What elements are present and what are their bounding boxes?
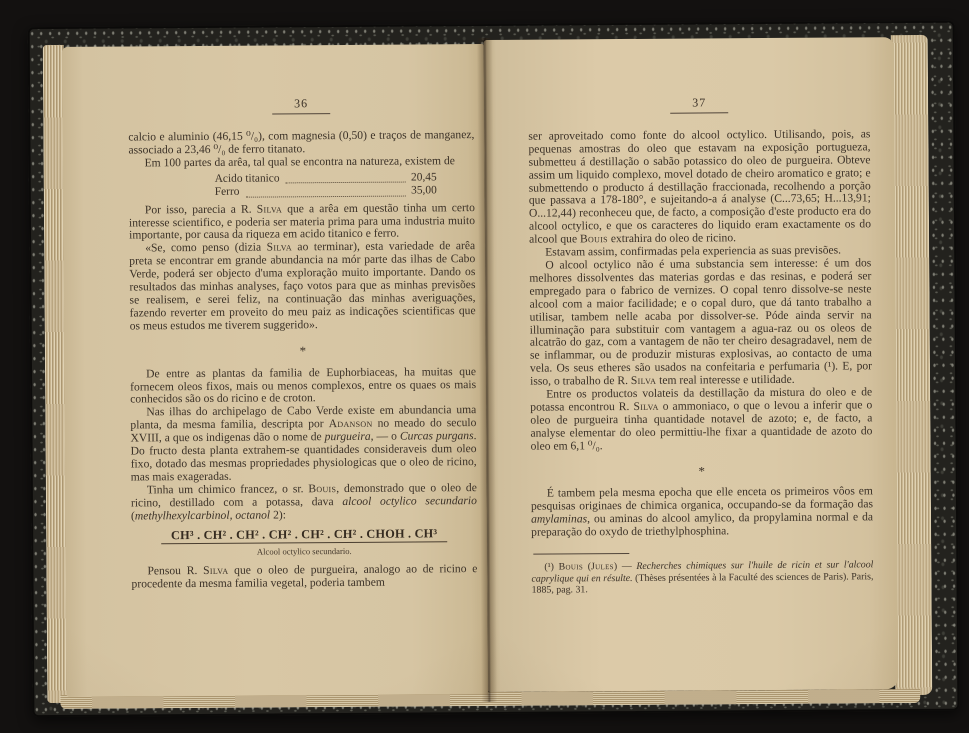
left-page-text: 36 calcio e aluminio (46,15 ⁰/₀), com ma…	[128, 96, 477, 591]
text-run: «Se, como penso (dizia	[145, 241, 267, 255]
text-run: Por isso, parecia a R.	[145, 202, 257, 216]
text-run: , — o	[371, 430, 400, 443]
left-page: 36 calcio e aluminio (46,15 ⁰/₀), com ma…	[62, 44, 489, 697]
photo-background: 36 calcio e aluminio (46,15 ⁰/₀), com ma…	[0, 0, 969, 733]
text-run: calcio e aluminio (46,15 ⁰/₀), com magne…	[128, 128, 474, 156]
right-page-body: ser aproveitado como fonte do alcool oct…	[528, 128, 873, 540]
paragraph: De entre as plantas da familia de Euphor…	[130, 366, 476, 407]
text-run: 2):	[270, 508, 286, 521]
text-run: (	[583, 561, 591, 572]
chemical-formula: CH³ . CH² . CH² . CH² . CH² . CH² . CHOH…	[161, 528, 447, 545]
paragraph: Em 100 partes da arêa, tal qual se encon…	[129, 155, 475, 170]
paragraph: Pensou R. Silva que o oleo de purgueira,…	[131, 563, 477, 591]
table-row: Ferro35,00	[215, 184, 437, 199]
text-run: Silva	[203, 564, 228, 577]
text-run: É tambem pela mesma epocha que elle ence…	[531, 485, 873, 513]
dotted-leader	[245, 195, 406, 197]
text-run: amylaminas	[531, 513, 587, 526]
paragraph: calcio e aluminio (46,15 ⁰/₀), com magne…	[128, 129, 474, 157]
text-run: Silva	[633, 400, 658, 413]
text-run: O alcool octylico não é uma substancia s…	[529, 256, 872, 388]
chemical-formula-block: CH³ . CH² . CH² . CH² . CH² . CH² . CHOH…	[131, 528, 477, 560]
book: 36 calcio e aluminio (46,15 ⁰/₀), com ma…	[0, 0, 969, 733]
text-run: ser aproveitado como fonte do alcool oct…	[528, 127, 871, 246]
paragraph: Por isso, parecia a R. Silva que a arêa …	[129, 202, 475, 243]
table-value: 35,00	[411, 184, 437, 198]
text-run: Em 100 partes da arêa, tal qual se encon…	[145, 154, 455, 169]
page-number: 36	[272, 97, 330, 114]
text-run: Silva	[257, 202, 282, 215]
section-divider: *	[531, 464, 873, 479]
table-value: 20,45	[411, 171, 437, 185]
section-divider: *	[130, 344, 476, 359]
page-number-block: 36	[128, 96, 474, 115]
text-run: Silva	[631, 374, 656, 387]
paragraph: Entre os productos volateis da destillaç…	[530, 386, 872, 453]
text-run: Silva	[267, 241, 292, 254]
text-run: Bouis	[308, 482, 336, 495]
page-number: 37	[670, 96, 728, 113]
paragraph: O alcool octylico não é uma substancia s…	[529, 257, 872, 388]
footnote: (¹) Bouis (Jules) — Recherches chimiques…	[531, 559, 873, 596]
text-run: Adanson	[329, 417, 373, 430]
text-run: (¹)	[544, 562, 558, 573]
formula-caption: Alcool octylico secundario.	[131, 544, 477, 559]
text-run: Pensou R.	[147, 564, 203, 577]
table-label: Ferro	[215, 186, 240, 200]
page-number-block: 37	[528, 95, 870, 114]
text-run: Jules	[591, 561, 614, 572]
leader-table: Acido titanico20,45Ferro35,00	[215, 171, 437, 200]
text-run: Tinha um chimico francez, o sr.	[147, 482, 309, 496]
paragraph: É tambem pela mesma epocha que elle ence…	[531, 486, 873, 540]
text-run: purgueira	[325, 430, 371, 443]
table-label: Acido titanico	[215, 172, 280, 186]
text-run: Bouis	[559, 561, 583, 572]
text-run: alcool octylico secundario	[342, 494, 477, 508]
paragraph: Tinha um chimico francez, o sr. Bouis, d…	[131, 482, 477, 523]
text-run: methylhexylcarbinol, octanol	[135, 508, 270, 522]
text-run: De entre as plantas da familia de Euphor…	[130, 365, 476, 406]
text-run: tem real interesse e utilidade.	[656, 373, 795, 387]
paragraph: ser aproveitado como fonte do alcool oct…	[528, 128, 871, 247]
footnote-rule	[533, 553, 629, 555]
right-page-text: 37 ser aproveitado como fonte do alcool …	[528, 95, 873, 596]
left-page-body: calcio e aluminio (46,15 ⁰/₀), com magne…	[128, 129, 477, 592]
text-run: Bouis	[580, 232, 608, 245]
text-run: extrahira do oleo de ricino.	[608, 231, 736, 245]
paragraph: «Se, como penso (dizia Silva ao terminar…	[129, 240, 476, 333]
paragraph: Nas ilhas do archipelago de Cabo Verde e…	[130, 404, 477, 484]
text-run: ) —	[614, 561, 637, 572]
text-run: Curcas purgans	[400, 429, 474, 443]
dotted-leader	[286, 182, 407, 184]
right-page: 37 ser aproveitado como fonte do alcool …	[484, 37, 899, 692]
